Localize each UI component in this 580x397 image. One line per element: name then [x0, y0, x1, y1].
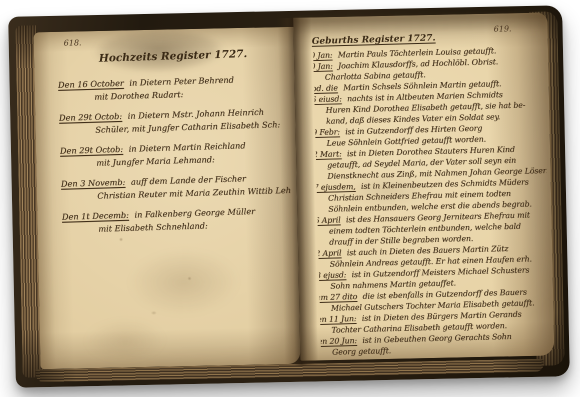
marriage-entry: Den 16 October in Dietern Peter Behrendm…	[58, 72, 289, 104]
marriage-entry: Den 29t Octob: in Dietern Mstr. Johann H…	[59, 105, 290, 137]
entry-date: 20 Jan:	[313, 61, 335, 71]
entry-date: den 11 Jun:	[320, 314, 359, 324]
left-page-title: Hochzeits Register 1727.	[78, 47, 268, 65]
entry-date: 27 ejusdem,	[317, 182, 359, 192]
entry-date: Eod. die	[314, 83, 341, 93]
entry-date: Den 1t Decemb:	[62, 210, 132, 222]
entry-date: 19 Febr:	[315, 127, 343, 137]
entry-date: Den 3 Novemb:	[61, 177, 129, 189]
marriage-entry: Den 29t Octob: in Dietern Martin Reichla…	[60, 138, 291, 170]
entry-date: Den 16 October	[58, 78, 127, 90]
ink-stain	[69, 309, 180, 371]
right-page-title: Geburths Register 1727.	[312, 33, 436, 46]
entry-date: 22 Mart:	[316, 149, 345, 159]
right-page-number: 619.	[494, 24, 512, 33]
marriage-entry: Den 1t Decemb: in Falkenberg George Müll…	[62, 204, 293, 236]
entry-date: zum 27 dito	[319, 292, 360, 302]
entry-date: 23 ejusd:	[319, 270, 349, 280]
left-page: 618. Hochzeits Register 1727. Den 16 Oct…	[34, 27, 301, 369]
book: 618. Hochzeits Register 1727. Den 16 Oct…	[8, 5, 570, 388]
entry-date: 16 April	[317, 215, 343, 225]
left-page-text: Den 16 October in Dietern Peter Behrendm…	[58, 72, 293, 244]
left-page-number: 618.	[64, 38, 82, 47]
right-page-text: 10 Jan: Martin Pauls Töchterlein Louisa …	[313, 44, 551, 358]
entry-date: den 20 Jun:	[321, 336, 360, 346]
ink-stain	[108, 236, 260, 329]
entry-date: 10 Jan:	[313, 50, 335, 60]
photo-background: 618. Hochzeits Register 1727. Den 16 Oct…	[0, 0, 580, 397]
marriage-entry: Den 3 Novemb: auff dem Lande der Fischer…	[61, 171, 292, 203]
entry-date: 22 April	[318, 248, 344, 258]
right-page: 619. Geburths Register 1727. 10 Jan: Mar…	[293, 13, 554, 361]
entry-date: 26 eiusd:	[314, 94, 345, 104]
entry-date: Den 29t Octob:	[59, 111, 125, 123]
entry-date: Den 29t Octob:	[60, 144, 126, 156]
